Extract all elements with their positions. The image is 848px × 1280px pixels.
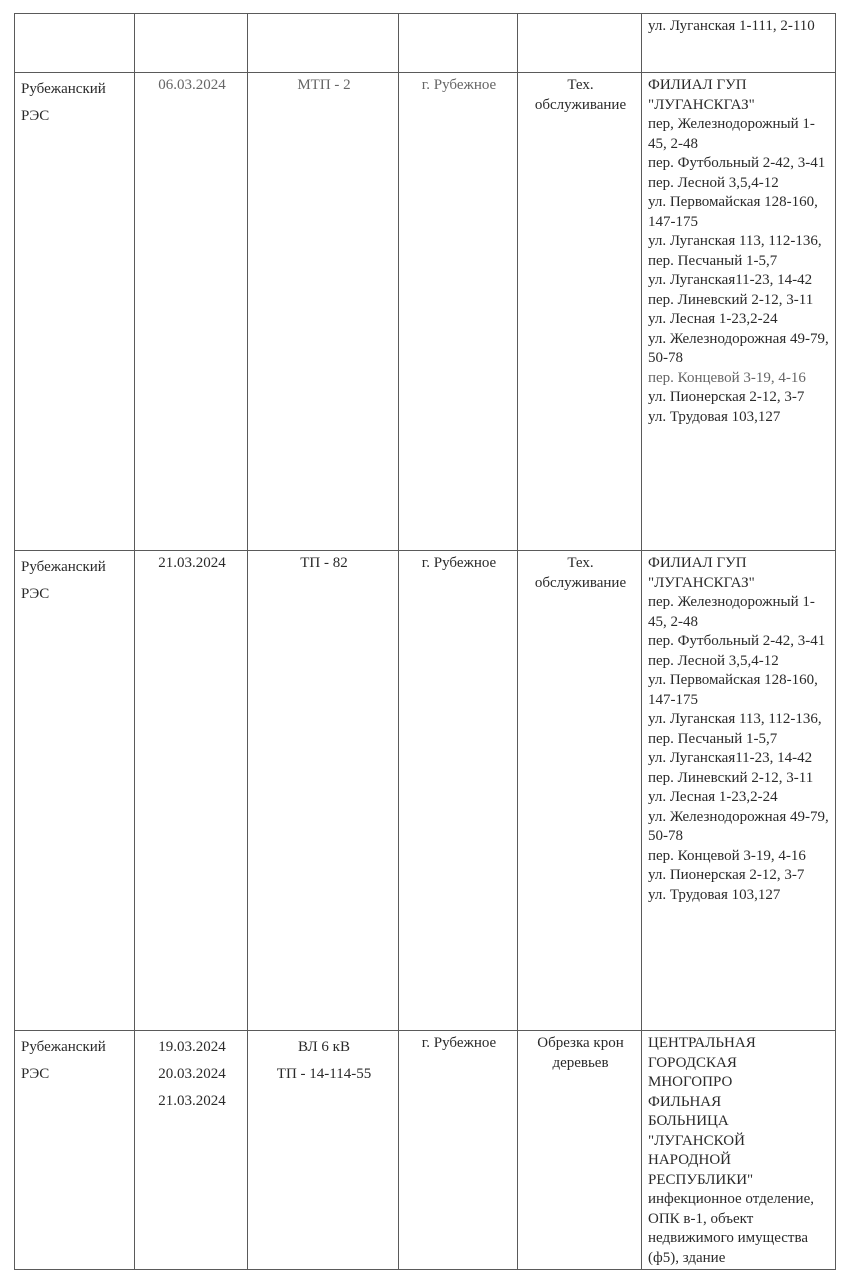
- address-line: пер. Линевский 2-12, 3-11: [648, 291, 831, 311]
- locality-cell: г. Рубежное: [399, 1031, 518, 1270]
- address-line: ул. Луганская 113, 112-136,: [648, 232, 831, 252]
- dates-cell: 21.03.2024: [135, 551, 248, 1031]
- address-line: ул. Лесная 1-23,2-24: [648, 788, 831, 808]
- consumer-org: ФИЛИАЛ ГУП: [648, 554, 831, 574]
- consumer-org: ФИЛЬНАЯ: [648, 1093, 831, 1113]
- address-line: пер. Лесной 3,5,4-12: [648, 652, 831, 672]
- address-line: ул. Пионерская 2-12, 3-7: [648, 388, 831, 408]
- consumer-org: "ЛУГАНСКГАЗ": [648, 96, 831, 116]
- address-line: ул. Луганская 113, 112-136,: [648, 710, 831, 730]
- consumer-org: "ЛУГАНСКГАЗ": [648, 574, 831, 594]
- consumer-org: ЦЕНТРАЛЬНАЯ: [648, 1034, 831, 1054]
- table-row: Рубежанский РЭС 21.03.2024 ТП - 82 г. Ру…: [15, 551, 836, 1031]
- object-cell: ВЛ 6 кВ ТП - 14-114-55: [248, 1031, 399, 1270]
- address-line: пер. Концевой 3-19, 4-16: [648, 369, 831, 389]
- table-row: ул. Луганская 1-111, 2-110: [15, 14, 836, 73]
- address-line: инфекционное отделение, ОПК в-1, объект …: [648, 1190, 831, 1268]
- consumer-org: РЕСПУБЛИКИ": [648, 1171, 831, 1191]
- object-cell: ТП - 82: [248, 551, 399, 1031]
- address-line: пер. Песчаный 1-5,7: [648, 252, 831, 272]
- address-line: ул. Первомайская 128-160, 147-175: [648, 671, 831, 710]
- address-line: ул. Трудовая 103,127: [648, 408, 831, 428]
- address-line: ул. Железнодорожная 49-79, 50-78: [648, 330, 831, 369]
- outage-schedule-table: ул. Луганская 1-111, 2-110 Рубежанский Р…: [14, 13, 836, 1270]
- address-line: ул. Лесная 1-23,2-24: [648, 310, 831, 330]
- table-row: Рубежанский РЭС 19.03.2024 20.03.2024 21…: [15, 1031, 836, 1270]
- res-cell: Рубежанский РЭС: [15, 73, 135, 551]
- address-line: пер. Концевой 3-19, 4-16: [648, 847, 831, 867]
- res-cell: Рубежанский РЭС: [15, 1031, 135, 1270]
- address-line: ул. Луганская 1-111, 2-110: [648, 17, 831, 37]
- address-line: пер. Железнодорожный 1-45, 2-48: [648, 593, 831, 632]
- address-line: ул. Пионерская 2-12, 3-7: [648, 866, 831, 886]
- consumer-org: ГОРОДСКАЯ: [648, 1054, 831, 1074]
- address-line: ул. Луганская11-23, 14-42: [648, 271, 831, 291]
- dates-cell: [135, 14, 248, 73]
- object-cell: [248, 14, 399, 73]
- consumer-org: НАРОДНОЙ: [648, 1151, 831, 1171]
- res-cell: Рубежанский РЭС: [15, 551, 135, 1031]
- consumer-org: "ЛУГАНСКОЙ: [648, 1132, 831, 1152]
- address-line: ул. Луганская11-23, 14-42: [648, 749, 831, 769]
- address-line: пер. Лесной 3,5,4-12: [648, 174, 831, 194]
- address-line: пер. Футбольный 2-42, 3-41: [648, 154, 831, 174]
- address-line: пер. Песчаный 1-5,7: [648, 730, 831, 750]
- consumers-cell: ЦЕНТРАЛЬНАЯ ГОРОДСКАЯ МНОГОПРО ФИЛЬНАЯ Б…: [642, 1031, 836, 1270]
- consumers-cell: ФИЛИАЛ ГУП "ЛУГАНСКГАЗ" пер. Железнодоро…: [642, 551, 836, 1031]
- work-cell: Тех. обслуживание: [518, 551, 642, 1031]
- dates-cell: 19.03.2024 20.03.2024 21.03.2024: [135, 1031, 248, 1270]
- address-line: ул. Трудовая 103,127: [648, 886, 831, 906]
- address-line: пер, Железнодорожный 1-45, 2-48: [648, 115, 831, 154]
- consumer-org: БОЛЬНИЦА: [648, 1112, 831, 1132]
- consumer-org: МНОГОПРО: [648, 1073, 831, 1093]
- locality-cell: г. Рубежное: [399, 73, 518, 551]
- work-cell: Обрезка крон деревьев: [518, 1031, 642, 1270]
- consumer-org: ФИЛИАЛ ГУП: [648, 76, 831, 96]
- address-line: пер. Линевский 2-12, 3-11: [648, 769, 831, 789]
- dates-cell: 06.03.2024: [135, 73, 248, 551]
- locality-cell: [399, 14, 518, 73]
- locality-cell: г. Рубежное: [399, 551, 518, 1031]
- res-cell: [15, 14, 135, 73]
- address-line: ул. Железнодорожная 49-79, 50-78: [648, 808, 831, 847]
- work-cell: [518, 14, 642, 73]
- address-line: пер. Футбольный 2-42, 3-41: [648, 632, 831, 652]
- object-cell: МТП - 2: [248, 73, 399, 551]
- address-line: ул. Первомайская 128-160, 147-175: [648, 193, 831, 232]
- consumers-cell: ФИЛИАЛ ГУП "ЛУГАНСКГАЗ" пер, Железнодоро…: [642, 73, 836, 551]
- consumers-cell: ул. Луганская 1-111, 2-110: [642, 14, 836, 73]
- table-row: Рубежанский РЭС 06.03.2024 МТП - 2 г. Ру…: [15, 73, 836, 551]
- work-cell: Тех. обслуживание: [518, 73, 642, 551]
